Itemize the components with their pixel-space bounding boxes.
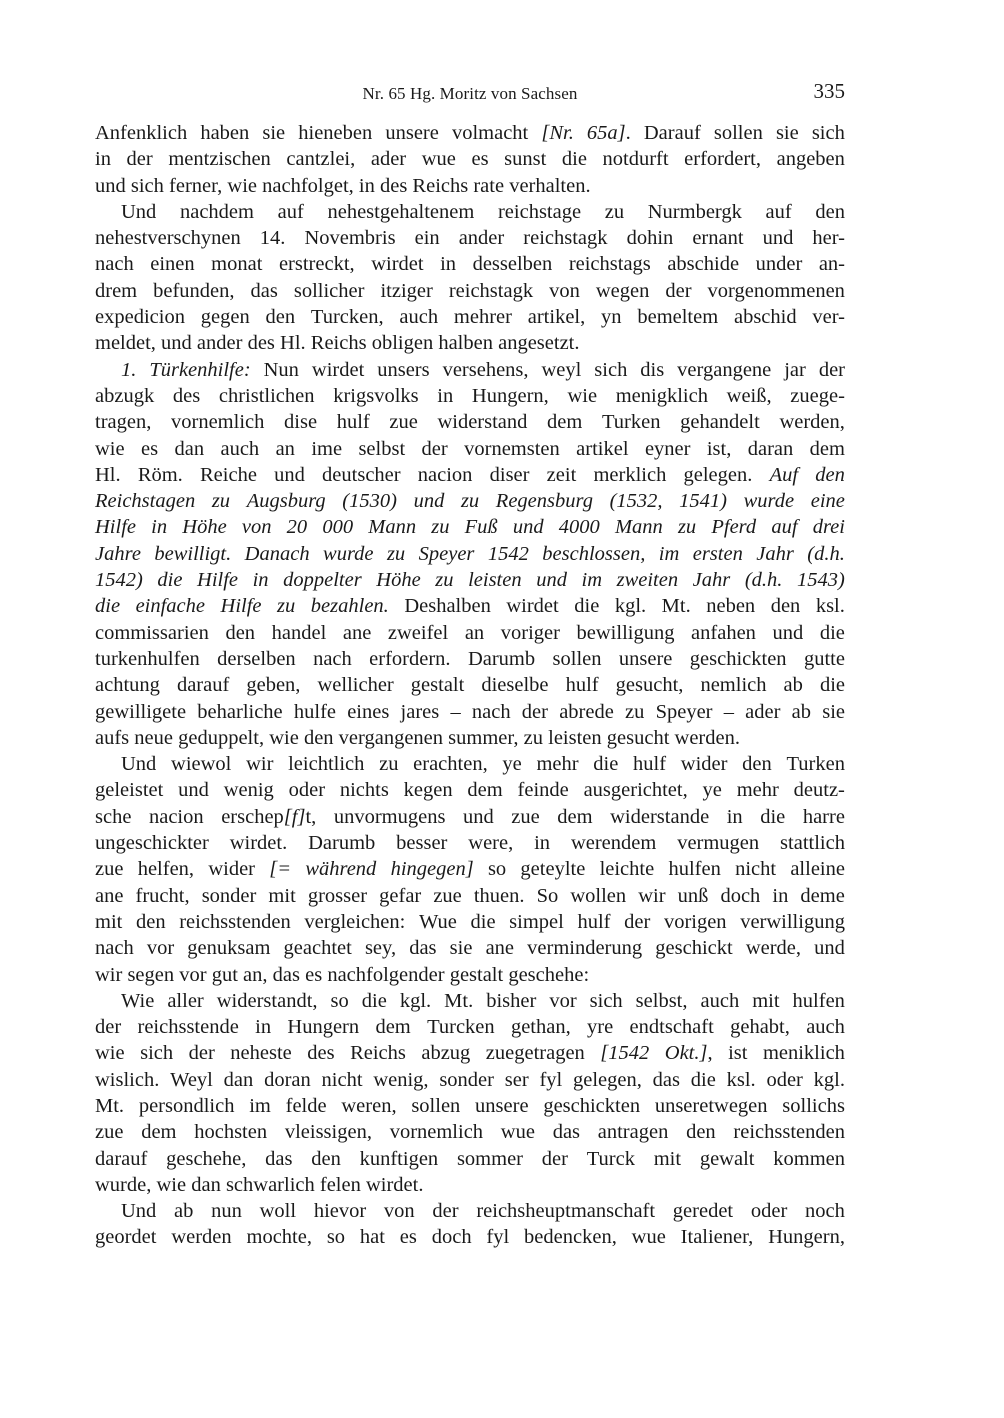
word: yre: [587, 1014, 613, 1040]
text: wurde,: [95, 1174, 151, 1196]
word: der: [432, 1198, 458, 1224]
text-line: achtungdaraufgeben,wellichergestaltdiese…: [95, 672, 845, 698]
word: diser: [490, 462, 530, 488]
word: und: [536, 567, 567, 593]
word: wirdet: [506, 593, 558, 619]
word: ader: [745, 699, 780, 725]
word: dem: [467, 777, 502, 803]
text: meldet,: [95, 332, 156, 354]
word: gewilligete: [95, 699, 186, 725]
word: mochte,: [247, 1224, 312, 1250]
word: den: [266, 304, 296, 330]
word: vornemsten: [464, 436, 560, 462]
text-line: HilfeinHöhevon20000MannzuFußund4000Mannz…: [95, 514, 845, 540]
word: hieneben: [298, 120, 372, 146]
text-line: meldet, und ander des Hl. Reichs obligen…: [95, 330, 845, 356]
word: den: [136, 909, 166, 935]
word: sollen: [714, 120, 763, 146]
paragraph: 1.Türkenhilfe:Nunwirdetunsersversehens,w…: [95, 357, 845, 751]
text-line: mitdenreichsstendenvergleichen:Wuediesim…: [95, 909, 845, 935]
word: Wie: [121, 988, 154, 1014]
word: der: [422, 436, 448, 462]
word: ist,: [707, 436, 732, 462]
word: so: [327, 1224, 345, 1250]
word: ein: [415, 225, 440, 251]
word: Höhe: [182, 514, 226, 540]
word: nach: [472, 699, 511, 725]
word: oder: [289, 777, 325, 803]
word: vor: [147, 935, 174, 961]
word: ye: [703, 777, 722, 803]
word: im: [659, 541, 680, 567]
word: merklich: [593, 462, 666, 488]
word: in: [253, 567, 269, 593]
word: were,: [468, 830, 513, 856]
word: sollen: [411, 1093, 460, 1119]
text: angesetzt.: [498, 332, 579, 354]
word: das: [265, 1146, 292, 1172]
text: des: [248, 332, 275, 354]
word: Augsburg: [247, 488, 326, 514]
word: die: [574, 593, 599, 619]
word: im: [582, 567, 603, 593]
word: wenig,: [373, 1067, 428, 1093]
word: Danach: [245, 541, 310, 567]
text: schwarlich: [226, 1174, 315, 1196]
word: von: [549, 278, 580, 304]
text-line: ungeschickterwirdet.Darumbbesserwere,inw…: [95, 830, 845, 856]
word: fyl: [486, 1224, 509, 1250]
text-line: wieesdanauchanimeselbstdervornemstenarti…: [95, 436, 845, 462]
word: nacion: [149, 804, 204, 830]
word: gesucht,: [616, 672, 684, 698]
word: deutscher: [322, 462, 401, 488]
word: vergangene: [677, 357, 771, 383]
word: es: [141, 436, 158, 462]
word: hulfen: [668, 856, 720, 882]
word: die: [157, 567, 182, 593]
word: expedicion: [95, 304, 185, 330]
word: das: [653, 1067, 680, 1093]
text: wie: [227, 175, 257, 197]
word: zuege-: [790, 383, 845, 409]
text-line: Undnachdemaufnehestgehaltenemreichstagez…: [95, 199, 845, 225]
word: zu: [435, 567, 453, 593]
word: gefar: [379, 883, 421, 909]
word: desselben: [473, 251, 553, 277]
word: wislich.: [95, 1067, 159, 1093]
word: reichsheuptmanschaft: [476, 1198, 655, 1224]
text-line: und sich ferner, wie nachfolget, in des …: [95, 173, 845, 199]
word: wirdet.: [230, 830, 288, 856]
word: zweifel: [388, 620, 448, 646]
word: eine: [811, 488, 845, 514]
word: mehrer: [454, 304, 512, 330]
word: unsere: [475, 1093, 529, 1119]
word: 4000: [559, 514, 600, 540]
text: sich: [131, 175, 164, 197]
word: vorgenommenen: [708, 278, 845, 304]
text-line: indermentzischencantzlei,aderwueessunstd…: [95, 146, 845, 172]
word: nach: [95, 935, 134, 961]
word: wurde: [744, 488, 795, 514]
text: ander: [197, 332, 243, 354]
word: zu: [277, 593, 295, 619]
word: achtung: [95, 672, 160, 698]
word: voriger: [501, 620, 560, 646]
word: nach: [313, 646, 352, 672]
text-line: zuedemhochstenvleissigen,vornemlichwueda…: [95, 1119, 845, 1145]
word: Hilfe: [197, 567, 238, 593]
text: felen: [320, 1174, 361, 1196]
word: der: [542, 1146, 568, 1172]
text-line: 1.Türkenhilfe:Nunwirdetunsersversehens,w…: [95, 357, 845, 383]
text: gesucht: [607, 727, 670, 749]
word: menigklich: [616, 383, 708, 409]
text-line: anefrucht,sondermitgrossergefarzuethuen.…: [95, 883, 845, 909]
word: (d.h.: [807, 541, 845, 567]
text-line: ReichstagenzuAugsburg(1530)undzuRegensbu…: [95, 488, 845, 514]
word: sie: [450, 935, 473, 961]
word: nehestgehaltenem: [327, 199, 474, 225]
word: und: [178, 777, 209, 803]
word: auch: [220, 436, 259, 462]
text-line: Hl.Röm.Reicheunddeutschernaciondiserzeit…: [95, 462, 845, 488]
word: Okt.],: [665, 1040, 713, 1066]
word: sie: [822, 699, 845, 725]
text: des: [380, 175, 407, 197]
word: Darauf: [644, 120, 701, 146]
word: wenig: [224, 777, 274, 803]
word: des: [307, 1040, 334, 1066]
word: vermugen: [677, 830, 759, 856]
word: gewalt: [700, 1146, 755, 1172]
word: simpel: [509, 909, 564, 935]
word: nach: [95, 251, 134, 277]
word: der: [127, 146, 153, 172]
text: den: [304, 727, 334, 749]
word: einen: [150, 251, 194, 277]
word: wie: [95, 1040, 125, 1066]
word: doch: [720, 883, 760, 909]
word: daran: [748, 436, 794, 462]
word: abrede: [559, 699, 614, 725]
word: der: [189, 1040, 215, 1066]
word: eines: [347, 699, 389, 725]
word: hochsten: [194, 1119, 267, 1145]
word: ist: [728, 1040, 747, 1066]
word: vergleichen:: [304, 909, 405, 935]
text: und: [161, 332, 192, 354]
word: zue: [511, 804, 539, 830]
word: in: [255, 1014, 271, 1040]
word: gehandelt: [680, 409, 760, 435]
word: hievor: [314, 1198, 366, 1224]
text-line: abzugkdeschristlichenkrigsvolksinHungern…: [95, 383, 845, 409]
word: ane: [486, 935, 514, 961]
word: vornemlich: [390, 1119, 483, 1145]
word: doppelter: [283, 567, 362, 593]
word: wue: [632, 1224, 666, 1250]
word: hulfe: [294, 699, 336, 725]
word: ungeschickter: [95, 830, 209, 856]
word: unsere: [619, 646, 673, 672]
word: reichsstenden: [733, 1119, 845, 1145]
text-line: tragen,vornemlichdisehulfzuewiderstandde…: [95, 409, 845, 435]
word: Auf: [770, 462, 798, 488]
word: artikel,: [528, 304, 586, 330]
word: Nun: [264, 357, 299, 383]
word: von: [384, 1198, 415, 1224]
word: mit: [268, 883, 295, 909]
text-line: 1542)dieHilfeindoppelterHöhezuleistenund…: [95, 567, 845, 593]
word: abschide: [667, 251, 739, 277]
word: sich: [812, 120, 845, 146]
word: zue: [433, 883, 461, 909]
text: wirdet.: [366, 1174, 424, 1196]
word: nicht: [735, 856, 776, 882]
word: und: [763, 225, 794, 251]
text: verhalten.: [509, 175, 590, 197]
word: sich: [590, 988, 623, 1014]
word: 1.: [121, 357, 136, 383]
word: sich: [140, 1040, 173, 1066]
word: die: [471, 909, 496, 935]
word: fyl: [539, 1067, 562, 1093]
text-line: Undwiewolwirleichtlichzuerachten,yemehrd…: [95, 751, 845, 777]
word: kommen: [773, 1146, 845, 1172]
word: feinde: [518, 777, 569, 803]
word: zuegetragen: [486, 1040, 585, 1066]
word: –: [724, 699, 734, 725]
word: kgl.: [400, 988, 431, 1014]
word: nun: [211, 1198, 242, 1224]
text: aufs: [95, 727, 129, 749]
word: cantzlei,: [286, 146, 355, 172]
word: selbst: [358, 436, 405, 462]
word: ime: [311, 436, 342, 462]
word: gethan,: [511, 1014, 571, 1040]
word: frucht,: [136, 883, 190, 909]
word: zeit: [547, 462, 577, 488]
word: eyner: [645, 436, 691, 462]
word: Hilfe: [95, 514, 136, 540]
word: die: [760, 804, 785, 830]
word: hulf: [633, 751, 666, 777]
word: sey,: [365, 935, 396, 961]
word: 1543): [797, 567, 845, 593]
word: kunftigen: [360, 1146, 439, 1172]
text-line: Undabnunwollhievorvonderreichsheuptmansc…: [95, 1198, 845, 1224]
word: so: [331, 988, 349, 1014]
text: segen: [127, 964, 174, 986]
word: itziger: [380, 278, 432, 304]
word: dieselbe: [481, 672, 548, 698]
text: geduppelt,: [178, 727, 264, 749]
word: Fuß: [465, 514, 498, 540]
text: neue: [134, 727, 173, 749]
word: sie: [776, 120, 799, 146]
text-line: wislich.Weyldandorannichtwenig,sonderser…: [95, 1067, 845, 1093]
word: dem: [557, 804, 592, 830]
word: ser: [505, 1067, 529, 1093]
text: ferner,: [169, 175, 222, 197]
text: wie: [269, 727, 299, 749]
word: nichts: [340, 777, 389, 803]
word: vleissigen,: [285, 1119, 372, 1145]
word: ausgerichtet,: [584, 777, 688, 803]
word: geachtet: [284, 935, 352, 961]
word: hingegen]: [391, 856, 474, 882]
word: abschid: [734, 304, 797, 330]
text-line: schenacionerschep[f]t,unvormugensundzued…: [95, 804, 845, 830]
word: der: [665, 278, 691, 304]
word: nemlich: [700, 672, 766, 698]
word: in: [440, 251, 456, 277]
word: sollichs: [782, 1093, 845, 1119]
text-line: Jahrebewilligt.DanachwurdezuSpeyer1542be…: [95, 541, 845, 567]
word: helfen,: [138, 856, 194, 882]
word: an-: [819, 251, 845, 277]
word: darauf: [177, 672, 229, 698]
word: doch: [432, 1224, 472, 1250]
word: hat: [360, 1224, 385, 1250]
word: Mt.: [444, 988, 473, 1014]
word: Reichs: [350, 1040, 406, 1066]
word: Darumb: [468, 646, 535, 672]
word: Mt.: [95, 1093, 124, 1119]
word: zu: [387, 541, 405, 567]
word: einfache: [136, 593, 205, 619]
text: gestalt: [450, 964, 504, 986]
text: halben: [438, 332, 493, 354]
word: kgl.: [814, 1067, 845, 1093]
word: drei: [813, 514, 845, 540]
word: ader: [371, 146, 406, 172]
word: zu: [379, 751, 398, 777]
text-line: expediciongegendenTurcken,auchmehrerarti…: [95, 304, 845, 330]
text-line: zuehelfen,wider[=währendhingegen]sogetey…: [95, 856, 845, 882]
word: persondlich: [139, 1093, 235, 1119]
word: wue: [422, 146, 456, 172]
word: dem: [141, 1119, 176, 1145]
word: unsere: [385, 120, 439, 146]
word: commissarien: [95, 620, 209, 646]
word: Turken: [786, 751, 844, 777]
word: sollen: [553, 646, 602, 672]
word: zweiten: [617, 567, 679, 593]
word: erfordert,: [684, 146, 761, 172]
word: oder: [751, 1198, 787, 1224]
word: während: [305, 856, 376, 882]
word: an: [465, 620, 484, 646]
word: den: [815, 199, 845, 225]
word: Jahr: [693, 567, 731, 593]
text-line: dieeinfacheHilfezubezahlen.Deshalbenwird…: [95, 593, 845, 619]
word: turkenhulfen: [95, 646, 200, 672]
word: widerstande: [610, 804, 709, 830]
word: jares: [401, 699, 440, 725]
text-line: geordetwerdenmochte,sohatesdochfylbedenc…: [95, 1224, 845, 1250]
word: genuksam: [187, 935, 270, 961]
word: Hilfe: [221, 593, 262, 619]
word: Hungern: [287, 1014, 359, 1040]
word: drem: [95, 278, 137, 304]
word: ander: [459, 225, 505, 251]
text-line: commissariendenhandelanezweifelanvoriger…: [95, 620, 845, 646]
word: zu: [678, 514, 696, 540]
word: der: [624, 909, 650, 935]
word: haben: [200, 120, 249, 146]
text: summer,: [448, 727, 518, 749]
word: reichstagk: [449, 278, 533, 304]
word: und: [513, 514, 544, 540]
word: die: [820, 620, 845, 646]
word: den: [686, 1119, 716, 1145]
word: sche: [95, 804, 131, 830]
word: (1532,: [610, 488, 663, 514]
word: Hl.: [95, 462, 121, 488]
word: Pferd: [711, 514, 756, 540]
word: under: [756, 251, 803, 277]
word: Hungern,: [768, 1224, 845, 1250]
word: 1541): [679, 488, 727, 514]
word: 1542: [488, 541, 529, 567]
word: im: [249, 1093, 271, 1119]
text: nachfolgender: [327, 964, 444, 986]
running-title: Nr. 65 Hg. Moritz von Sachsen: [95, 80, 845, 108]
text: geschehe:: [508, 964, 589, 986]
word: der: [819, 357, 845, 383]
text-line: nacheinenmonaterstreckt,wirdetindesselbe…: [95, 251, 845, 277]
paragraph: Undnachdemaufnehestgehaltenemreichstagez…: [95, 199, 845, 357]
word: deutz-: [794, 777, 845, 803]
word: und: [814, 935, 845, 961]
text-line: Wieallerwiderstandt,sodiekgl.Mt.bishervo…: [95, 988, 845, 1014]
word: notdurft: [603, 146, 669, 172]
word: widerstand: [437, 409, 527, 435]
word: dis: [640, 357, 664, 383]
word: darauf: [95, 1146, 147, 1172]
word: wollen: [570, 883, 626, 909]
word: geleistet: [95, 777, 163, 803]
word: thuen.: [474, 883, 525, 909]
word: zu: [212, 488, 230, 514]
word: mit: [654, 1146, 681, 1172]
word: werden: [171, 1224, 231, 1250]
word: 14.: [260, 225, 286, 251]
word: die: [820, 672, 845, 698]
text-line: wir segen vor gut an, das es nachfolgend…: [95, 962, 845, 988]
word: neheste: [230, 1040, 291, 1066]
word: und: [773, 620, 804, 646]
word: sonder: [202, 883, 257, 909]
word: unß: [678, 883, 709, 909]
word: den: [771, 593, 801, 619]
text-line: aufs neue geduppelt, wie den vergangenen…: [95, 725, 845, 751]
word: nachdem: [180, 199, 254, 225]
word: Höhe: [376, 567, 420, 593]
word: gutte: [804, 646, 845, 672]
word: wurde: [323, 541, 374, 567]
word: 1542): [95, 567, 143, 593]
word: hulfen: [793, 988, 845, 1014]
word: ab: [784, 672, 803, 698]
word: bedencken,: [524, 1224, 617, 1250]
paragraph: Undwiewolwirleichtlichzuerachten,yemehrd…: [95, 751, 845, 988]
word: Röm.: [138, 462, 183, 488]
text-line: geleistetundwenigodernichtskegendemfeind…: [95, 777, 845, 803]
